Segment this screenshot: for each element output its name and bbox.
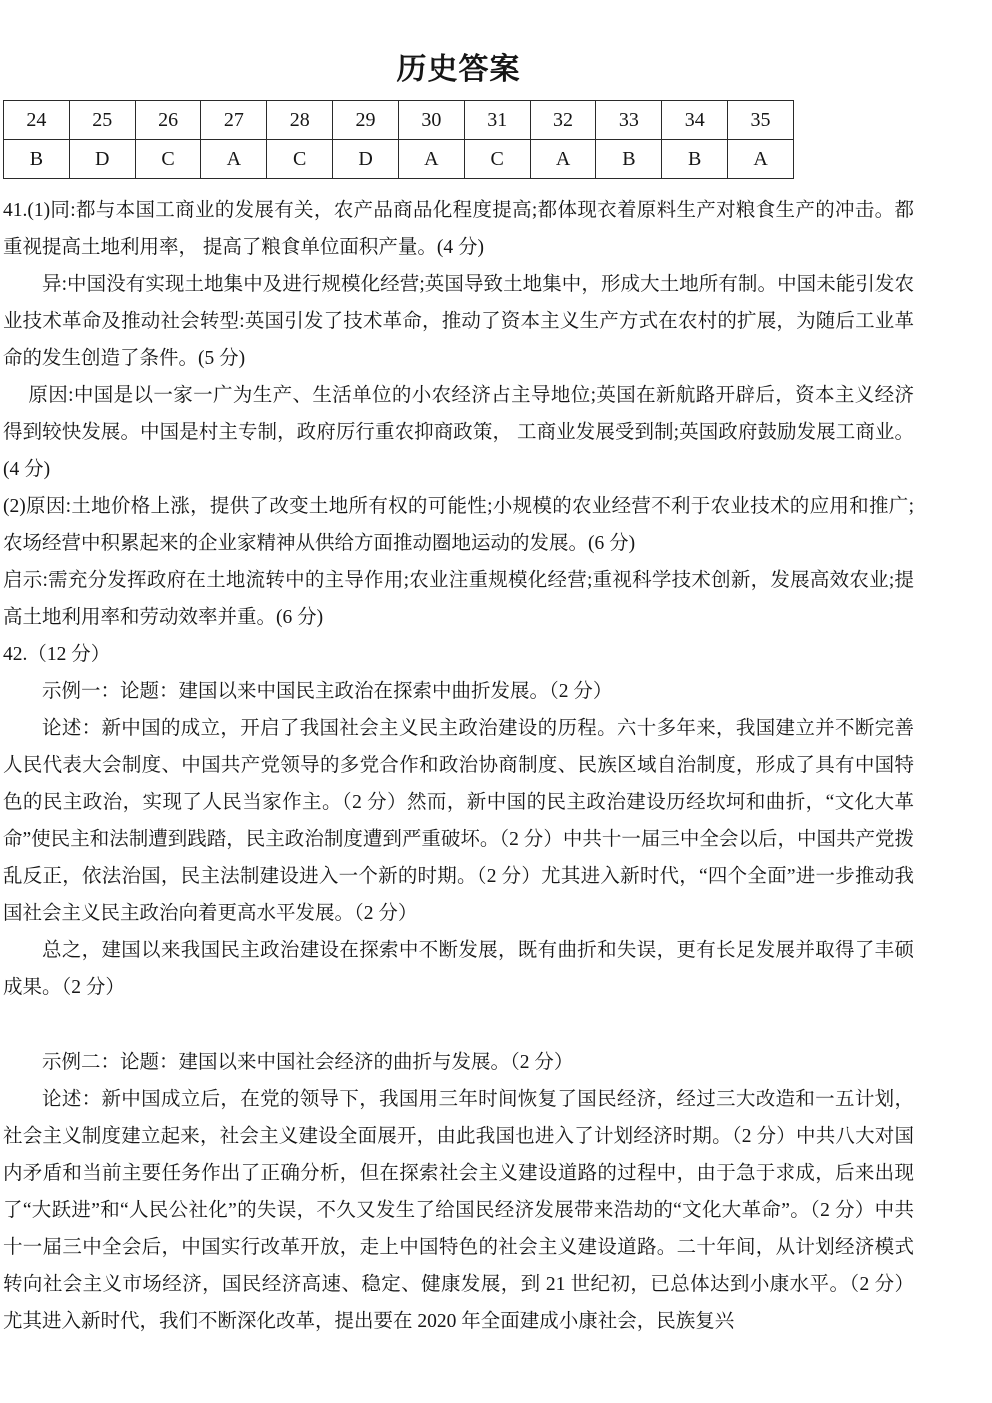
answer-cell: B — [4, 140, 70, 179]
answer-body: 41.(1)同:都与本国工商业的发展有关，农产品商品化程度提高;都体现衣着原料生… — [3, 192, 914, 1340]
answer-paragraph: 示例二：论题：建国以来中国社会经济的曲折与发展。（2 分） — [3, 1044, 914, 1081]
answer-cell: 29 — [333, 101, 399, 140]
answer-paragraph: 启示:需充分发挥政府在土地流转中的主导作用;农业注重规模化经营;重视科学技术创新… — [3, 562, 914, 636]
answer-paragraph: 异:中国没有实现土地集中及进行规模化经营;英国导致土地集中，形成大土地所有制。中… — [3, 266, 914, 377]
answer-cell: 26 — [135, 101, 201, 140]
answer-cell: 33 — [596, 101, 662, 140]
answer-paragraph: 42.（12 分） — [3, 636, 914, 673]
answer-paragraph: 论述：新中国成立后，在党的领导下，我国用三年时间恢复了国民经济，经过三大改造和一… — [3, 1081, 914, 1340]
answer-cell: D — [333, 140, 399, 179]
answer-cell: 28 — [267, 101, 333, 140]
answer-paragraph: 原因:中国是以一家一广为生产、生活单位的小农经济占主导地位;英国在新航路开辟后，… — [3, 377, 914, 488]
answer-cell: 35 — [728, 101, 794, 140]
answer-key-rows: 242526272829303132333435BDCACDACABBA — [4, 101, 794, 179]
answer-cell: D — [69, 140, 135, 179]
answer-paragraph: 总之，建国以来我国民主政治建设在探索中不断发展，既有曲折和失误，更有长足发展并取… — [3, 932, 914, 1006]
answer-key-row: 242526272829303132333435 — [4, 101, 794, 140]
answer-cell: C — [464, 140, 530, 179]
answer-paragraph: (2)原因:土地价格上涨，提供了改变土地所有权的可能性;小规模的农业经营不利于农… — [3, 488, 914, 562]
answer-key-table: 242526272829303132333435BDCACDACABBA — [3, 100, 794, 179]
answer-cell: 24 — [4, 101, 70, 140]
answer-cell: 30 — [398, 101, 464, 140]
answer-cell: 31 — [464, 101, 530, 140]
answer-paragraph: 示例一：论题：建国以来中国民主政治在探索中曲折发展。（2 分） — [3, 673, 914, 710]
answer-cell: A — [398, 140, 464, 179]
answer-cell: A — [728, 140, 794, 179]
answer-cell: C — [135, 140, 201, 179]
answer-cell: 34 — [662, 101, 728, 140]
answer-cell: 25 — [69, 101, 135, 140]
page-title: 历史答案 — [3, 44, 914, 88]
answer-cell: B — [596, 140, 662, 179]
answer-cell: B — [662, 140, 728, 179]
answer-cell: A — [201, 140, 267, 179]
answer-cell: A — [530, 140, 596, 179]
answer-cell: C — [267, 140, 333, 179]
answer-paragraph: 论述：新中国的成立，开启了我国社会主义民主政治建设的历程。六十多年来，我国建立并… — [3, 710, 914, 932]
document-page: 历史答案 242526272829303132333435BDCACDACABB… — [0, 0, 992, 1340]
answer-cell: 32 — [530, 101, 596, 140]
answer-cell: 27 — [201, 101, 267, 140]
answer-paragraph: 41.(1)同:都与本国工商业的发展有关，农产品商品化程度提高;都体现衣着原料生… — [3, 192, 914, 266]
answer-key-row: BDCACDACABBA — [4, 140, 794, 179]
